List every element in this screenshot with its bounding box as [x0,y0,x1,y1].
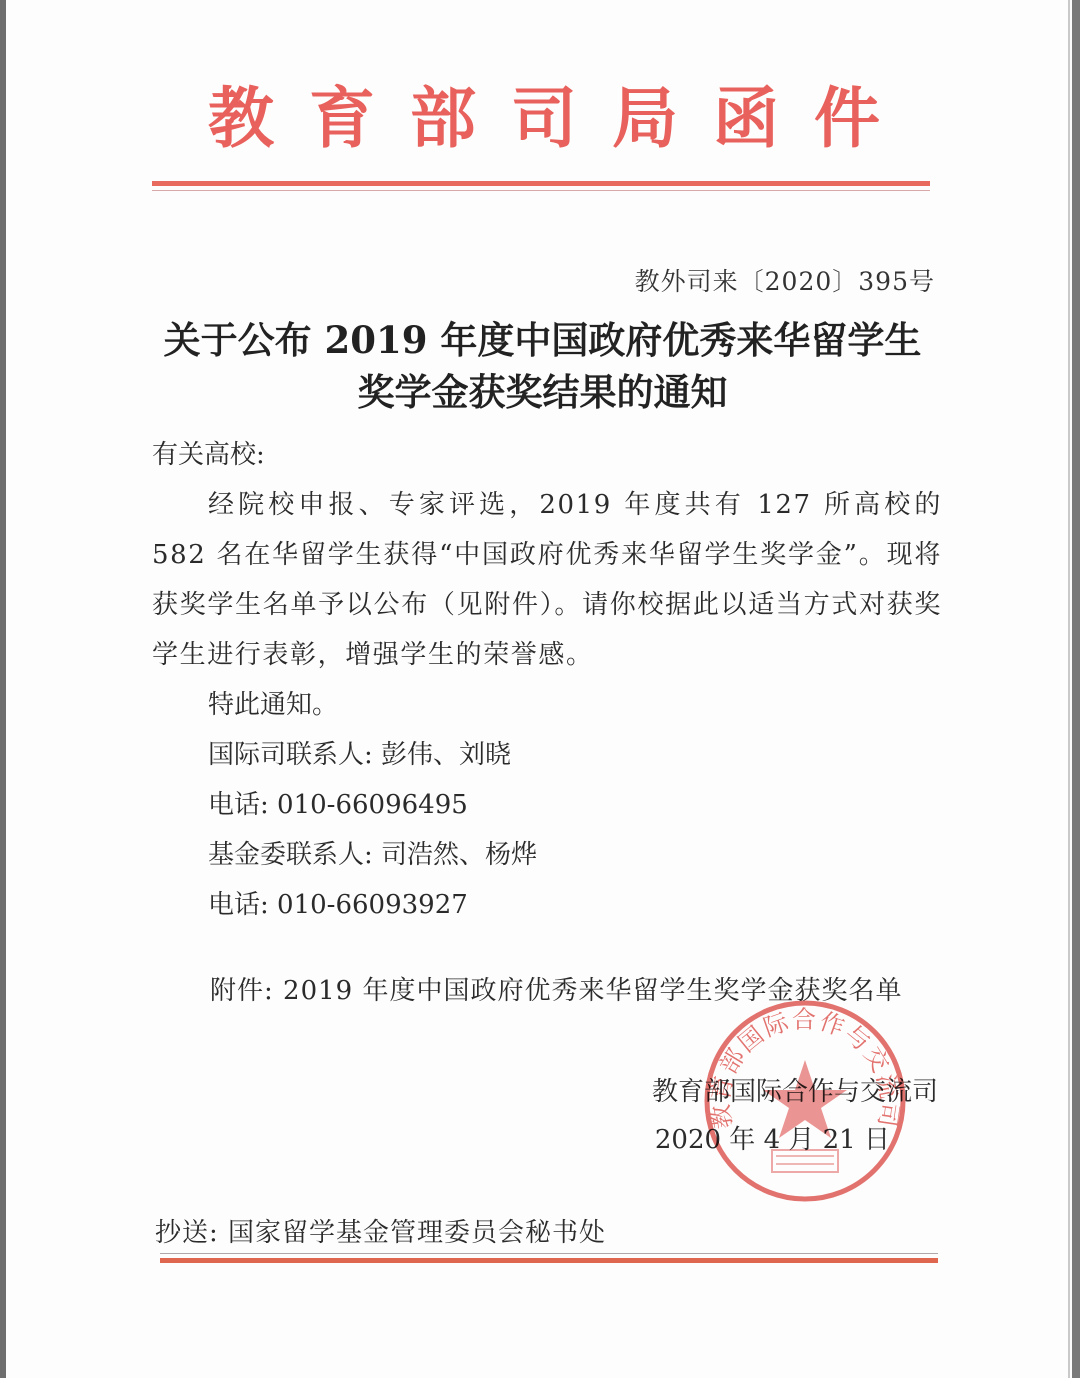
contact-label: 国际司联系人: [208,740,373,770]
footer-thin-rule [160,1253,938,1254]
contact-value: 010-66093927 [277,890,468,920]
contact-value: 010-66096495 [277,790,468,820]
letterhead-char: 函 [713,78,779,158]
contact-label: 基金委联系人: [208,840,373,870]
letterhead-thin-rule [152,190,930,191]
closing-line: 特此通知。 [152,680,942,730]
title-line-1: 关于公布 2019 年度中国政府优秀来华留学生 [150,314,935,366]
document-title: 关于公布 2019 年度中国政府优秀来华留学生 奖学金获奖结果的通知 [150,314,935,418]
page-edge-left [0,0,6,1378]
letterhead-char: 局 [612,78,678,158]
document-body: 有关高校: 经院校申报、专家评选，2019 年度共有 127 所高校的 582 … [152,430,942,930]
cc-line: 抄送: 国家留学基金管理委员会秘书处 [155,1212,606,1249]
contact-line: 国际司联系人: 彭伟、刘晓 [152,730,942,780]
title-line-2: 奖学金获奖结果的通知 [150,366,935,418]
contact-label: 电话: [208,890,269,920]
letterhead-char: 部 [410,78,476,158]
letterhead: 教 育 部 司 局 函 件 [150,78,930,158]
contact-value: 司浩然、杨烨 [381,840,537,870]
contact-value: 彭伟、刘晓 [381,740,511,770]
letterhead-char: 教 [208,78,274,158]
letterhead-red-rule [152,181,930,186]
letterhead-char: 司 [511,78,577,158]
footer-red-rule [160,1258,938,1263]
contact-line: 电话: 010-66096495 [152,780,942,830]
page-edge-right-line [1068,0,1070,1378]
contact-line: 基金委联系人: 司浩然、杨烨 [152,830,942,880]
contact-line: 电话: 010-66093927 [152,880,942,930]
document-number: 教外司来〔2020〕395号 [635,262,935,298]
letterhead-char: 件 [814,78,880,158]
salutation: 有关高校: [152,430,942,480]
letterhead-char: 育 [309,78,375,158]
official-seal-icon: 教育部国际合作与交流司 [702,998,908,1204]
contact-label: 电话: [208,790,269,820]
body-paragraph: 经院校申报、专家评选，2019 年度共有 127 所高校的 582 名在华留学生… [152,480,942,680]
page-edge-right [1072,0,1080,1378]
